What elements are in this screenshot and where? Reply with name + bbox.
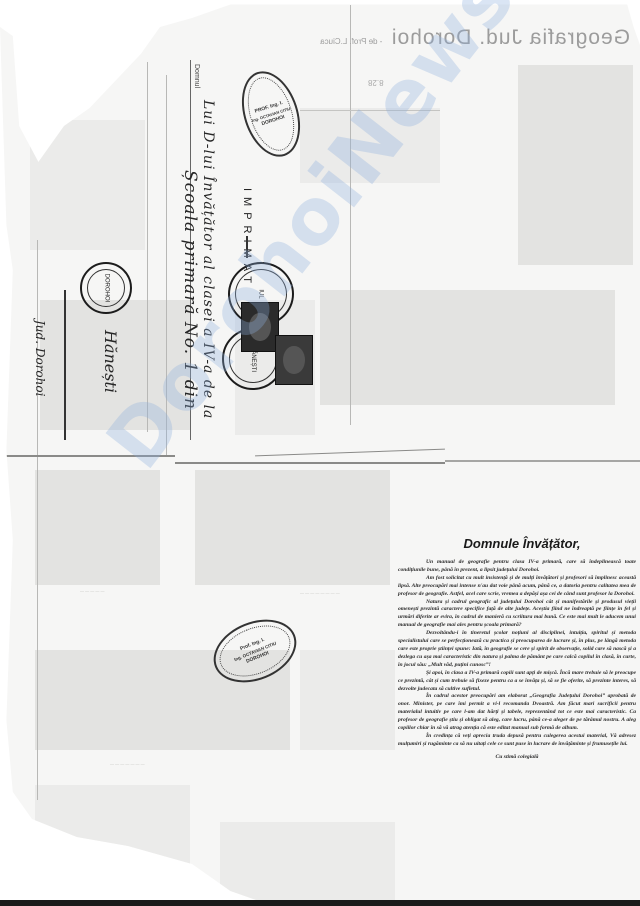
- faded-photo-block: [320, 290, 615, 405]
- faded-photo-block: [518, 65, 633, 265]
- mirrored-header-author: - de Prof. L.Ciuca: [320, 37, 382, 46]
- faded-photo-block: [30, 120, 145, 250]
- stamp-text: DOROHOI: [245, 650, 270, 665]
- address-line-village: Hănești: [101, 330, 120, 393]
- address-line-teacher: Lui D-lui Învățător al clasei a IV-a de …: [200, 100, 216, 419]
- address-line-school: Școala primară No. 1 din: [180, 170, 200, 410]
- address-line-county: Jud. Dorohoi: [33, 320, 47, 396]
- stamp-text: Ing. OCTAVIAN CITIU: [251, 104, 291, 123]
- wrapper-vertical-rule: [147, 62, 148, 432]
- faded-photo-block: [220, 822, 395, 900]
- paper-fold-crease: [445, 460, 640, 462]
- postmark-text: DOROHOI: [103, 274, 109, 303]
- stamp-text: Ing. OCTAVIAN CITIU: [233, 639, 277, 662]
- postmark-left: DOROHOI: [80, 262, 132, 314]
- king-portrait-icon: [249, 313, 271, 342]
- letter-to-teacher: Domnule Învățător, Un manual de geografi…: [398, 536, 636, 762]
- letter-closing: Cu stimă colegială: [398, 754, 636, 762]
- photo-caption: — — — — — — — —: [300, 590, 340, 595]
- mirrored-header-title: Geografia Jud. Dorohoi: [391, 26, 630, 49]
- letter-paragraph: Natura și cadrul geografic al județului …: [398, 599, 636, 631]
- address-printed-prefix: Domnul: [193, 64, 200, 88]
- pencil-note: 8.28: [368, 78, 384, 87]
- letter-paragraph: Un manual de geografie pentru clasa IV-a…: [398, 559, 636, 575]
- letter-paragraph: În cadrul acestor preocupări am elaborat…: [398, 693, 636, 733]
- paper-fold-crease: [255, 449, 445, 457]
- oval-stamp-top: PROF. Ing. I. Ing. OCTAVIAN CITIU DOROHO…: [232, 64, 311, 164]
- imprimat-underline: [246, 236, 248, 258]
- faded-photo-block: [300, 650, 395, 750]
- faded-photo-block: [300, 108, 440, 183]
- paper-fold-crease: [5, 455, 175, 457]
- mirrored-header: Geografia Jud. Dorohoi - de Prof. L.Ciuc…: [150, 26, 630, 50]
- photo-caption: — — — — —: [80, 588, 104, 593]
- scan-bottom-border: [0, 900, 640, 906]
- letter-title: Domnule Învățător,: [408, 536, 636, 551]
- wrapper-vertical-rule: [350, 5, 351, 425]
- scanned-document-page: — — — — — — — — — — — — — — — — — — — — …: [0, 0, 640, 900]
- letter-paragraph: Și apoi, în clasa a IV-a primară copiii …: [398, 670, 636, 694]
- stamp-text: Prof. Ing. I.: [239, 636, 266, 652]
- letter-paragraph: În credința că veți aprecia truda depusă…: [398, 733, 636, 749]
- stamp-text: PROF. Ing. I.: [254, 100, 284, 116]
- letter-paragraph: Am fost solicitat cu mult insistență și …: [398, 575, 636, 599]
- faded-photo-block: [195, 470, 390, 585]
- postage-stamp: [241, 302, 279, 352]
- wrapper-horizontal-rule: [300, 110, 440, 111]
- letter-paragraph: Dezvoltându-i în tineretul școlar noțiun…: [398, 630, 636, 670]
- postmark-text: IUL: [258, 289, 264, 298]
- photo-caption: — — — — — — —: [110, 761, 145, 766]
- king-portrait-icon: [283, 346, 305, 375]
- faded-photo-block: [35, 785, 190, 900]
- postage-stamp: [275, 335, 313, 385]
- wrapper-vertical-rule: [166, 75, 167, 455]
- faded-photo-block: [35, 470, 160, 585]
- paper-fold-crease: [175, 462, 445, 464]
- stamp-text: DOROHOI: [261, 114, 286, 128]
- wrapper-vertical-rule: [64, 290, 66, 440]
